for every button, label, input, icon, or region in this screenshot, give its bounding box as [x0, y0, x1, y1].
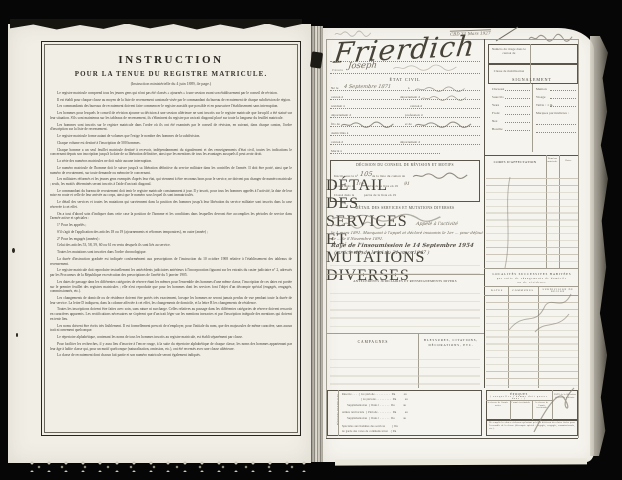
- corps-bottom-rule: [484, 268, 578, 269]
- signalement-leader: [505, 93, 530, 99]
- instruction-paragraph: Chaque homme a un seul feuillet matricul…: [50, 148, 292, 157]
- field-label-domicilies: domiciliés à: [331, 131, 348, 135]
- signalement-leader: [505, 85, 530, 91]
- signalement-leader: [550, 93, 576, 99]
- corps-header: CORPS D'AFFECTATION: [486, 160, 544, 164]
- signalement-leader: [550, 85, 576, 91]
- decision-header: DÉCISION DU CONSEIL DE RÉVISION ET MOTIF…: [330, 163, 480, 167]
- instruction-paragraph: Les hommes pour lesquels le conseil de r…: [50, 111, 292, 120]
- corps-col2-header: Dates: [559, 160, 578, 162]
- localites-header-line1: LOCALITÉS SUCCESSIVES HABITÉES: [486, 272, 578, 276]
- instruction-paragraph: S'il s'agit de l'application des article…: [50, 230, 292, 235]
- instruction-paragraph: Le registre matricule doit reproduire te…: [50, 268, 292, 277]
- campagnes-header: CAMPAGNES: [330, 340, 416, 344]
- signalement-label: Cheveux: [492, 87, 504, 91]
- instruction-paragraph: On a tout d'abord soin d'indiquer dans c…: [50, 212, 292, 221]
- signalement-leader: [536, 127, 576, 133]
- instruction-title: INSTRUCTION: [41, 54, 301, 66]
- page-bottom-sliver: [335, 458, 587, 465]
- spine-ink-blot: [310, 51, 323, 68]
- field-label-residant: résidant à: [331, 104, 345, 108]
- etat-civil-header: ÉTAT CIVIL: [330, 77, 480, 82]
- field-label-fils-de: fils de: [331, 122, 340, 126]
- periodes-row: Réserve . . . { 1re période . . . . . . …: [342, 393, 407, 396]
- instruction-paragraph: Le registre matricule forme autant de vo…: [50, 134, 292, 139]
- field-label-et-de: et de: [405, 122, 412, 126]
- instruction-paragraph: La série des numéros matricules ne doit …: [50, 159, 292, 164]
- handwriting-squiggle: [340, 121, 398, 128]
- periodes-row: Supplémentaires { Dans l . . . . . . Du …: [342, 417, 406, 420]
- services-note-handwritten: de … le 8 Novembre 1891.: [331, 236, 384, 241]
- instruction-body: Le registre matricule comprend tous les …: [50, 91, 292, 429]
- instruction-paragraph: Les dates de passage dans les différente…: [50, 280, 292, 294]
- epoques-col1-label: la réserve de l'armée active: [487, 402, 509, 407]
- form-bottom-border: [326, 438, 578, 439]
- periodes-label-divider: [338, 390, 339, 436]
- field-label-canton: canton d: [331, 140, 343, 144]
- handwriting-squiggle: [414, 86, 469, 92]
- mobilisation-box-label: Classe de mobilisation: [490, 69, 528, 73]
- instruction-paragraph: Les commandants des bureaux de recruteme…: [50, 104, 292, 109]
- instruction-paragraph: 1° Pour les appelés ;: [50, 223, 292, 228]
- forenames-label: Prénoms: [332, 69, 343, 72]
- instruction-paragraph: La durée d'instruction graduée est indiq…: [50, 257, 292, 266]
- signalement-label: Menton: [536, 87, 547, 91]
- detail-services-header: DÉTAIL DES SERVICES ET MUTATIONS DIVERSE…: [330, 206, 480, 210]
- instruction-paragraph: Les hommes sont inscrits sur le registre…: [50, 123, 292, 132]
- signalement-label: Sourcils: [492, 95, 504, 99]
- signalement-label: Nez: [492, 119, 498, 123]
- corps-top-rule: [484, 155, 578, 156]
- instruction-paragraph: Les changements de domicile ou de réside…: [50, 296, 292, 305]
- instruction-paragraph: Le répertoire alphabétique, contenant le…: [50, 335, 292, 340]
- field-label-marie: Marié à: [331, 149, 342, 153]
- instruction-paragraph: Le registre matricule comprend tous les …: [50, 91, 292, 96]
- signalement-divider: [532, 84, 533, 152]
- signalement-leader: [505, 101, 530, 107]
- services-ruled-rows: [330, 258, 480, 274]
- instruction-paragraph: Toutes les mutations sont inscrites dans…: [50, 250, 292, 255]
- bottom-speckle-strip: [28, 460, 308, 472]
- handwriting-squiggle: [414, 121, 476, 128]
- services-note-handwritten: le 4 mars 1891. Manquant à l'appel et dé…: [331, 230, 484, 235]
- form-center-divider: [484, 39, 485, 388]
- instruction-note: (Instruction ministérielle du 4 juin 188…: [41, 81, 301, 86]
- periodes-row: Spéciales aux hommes des services { Du: [342, 425, 398, 428]
- book-spine: [311, 26, 323, 462]
- scanned-register-page: INSTRUCTION POUR LA TENUE DU REGISTRE MA…: [0, 0, 622, 480]
- instruction-paragraph: 2° Pour les engagés (années) :: [50, 237, 292, 242]
- signalement-label: Marques particulières :: [536, 111, 576, 115]
- field-label-profession: profession d: [405, 113, 423, 117]
- periodes-row: { 2e période . . . . . . . . . Du au: [342, 398, 408, 401]
- campagnes-ruled-rows: [330, 352, 480, 386]
- etat-civil-row: [330, 146, 440, 154]
- localites-header-line3: ou de résidence: [486, 281, 578, 284]
- field-label-ne-le: Né le: [331, 86, 339, 90]
- instruction-paragraph: Pour faciliter les recherches, il y aura…: [50, 342, 292, 351]
- localites-header-rule: [484, 286, 578, 287]
- campagnes-top-rule: [326, 333, 484, 334]
- birth-date-handwritten: 4 Septembre 1871: [344, 84, 392, 90]
- handwriting-squiggle: [412, 172, 472, 179]
- etat-civil-row: [330, 101, 480, 109]
- left-margin-speck: [16, 333, 18, 337]
- signalement-leader: [536, 119, 576, 125]
- field-label-departement: département d: [400, 95, 420, 99]
- signalement-leader: [505, 117, 530, 123]
- periodes-row: de garde des voies de communication { Du: [342, 430, 396, 433]
- services-note-handwritten: Rayé de l'insoumission le 14 Septembre 1…: [331, 243, 475, 249]
- instruction-paragraph: Le numéro matricule de l'homme doit le s…: [50, 166, 292, 175]
- instruction-paragraph: Le détail des services et toutes les mut…: [50, 200, 292, 209]
- blessures-header-line1: BLESSURES, CITATIONS,: [420, 338, 482, 342]
- handwriting-squiggle: [420, 95, 470, 101]
- pencil-scrawl: [505, 290, 575, 335]
- instruction-paragraph: La classe de recrutement dont chacun fai…: [50, 353, 292, 358]
- signalement-label: Yeux: [492, 103, 499, 107]
- signalement-header: SIGNALEMENT: [486, 77, 578, 82]
- services-note-handwritten: Appelé à l'activité: [416, 222, 459, 227]
- field-label-canton: canton d: [331, 95, 343, 99]
- instruction-paragraph: Toutes les inscriptions doivent être fai…: [50, 307, 292, 321]
- left-margin-speck: [12, 248, 15, 253]
- instruction-paragraph: Il est établi pour chaque classe au moye…: [50, 98, 292, 103]
- services-note-handwritten: ( article 40, de la loi du 31 mars 1947 …: [334, 251, 430, 256]
- instruction-paragraph: Celui des articles 53, 58, 59, 60 ou 61 …: [50, 243, 292, 248]
- antecedents-top-rule: [326, 274, 484, 275]
- instruction-paragraph: Les militaires réformés et les jeunes ge…: [50, 177, 292, 186]
- form-right-border: [578, 39, 579, 438]
- pencil-stroke: [500, 175, 514, 270]
- epoques-col2-label: l'armée territoriale: [511, 402, 531, 405]
- decision-line2-handwritten-year: 91: [404, 182, 411, 187]
- tirage-box-label: Numéro du tirage dans le canton de: [490, 47, 528, 55]
- antecedents-ruled-rows: [330, 286, 480, 332]
- tirage-box-divider: [530, 44, 531, 64]
- instruction-paragraph: Chaque volume est destiné à l'inscriptio…: [50, 141, 292, 146]
- instruction-paragraph: Le commandant du bureau de recrutement d…: [50, 189, 292, 198]
- instruction-subtitle: POUR LA TENUE DU REGISTRE MATRICULE.: [41, 70, 301, 78]
- signalement-label: Visage: [536, 95, 546, 99]
- antecedents-header: ANTÉCÉDENTS JUDICIAIRES ET RENSEIGNEMENT…: [330, 279, 480, 283]
- periodes-row: Armée territoriale { Période . . . . . .…: [342, 411, 408, 414]
- forenames-line: [330, 66, 480, 74]
- pencil-scribble: [528, 33, 576, 42]
- torn-page-edge: [590, 36, 608, 456]
- field-label-departement: département d: [400, 140, 420, 144]
- corps-col1-header: Numéros matricule: [546, 158, 559, 164]
- pencil-flourish: [530, 386, 580, 434]
- signalement-leader: [505, 109, 530, 115]
- signalement-leader: [505, 125, 530, 131]
- field-label-a: à: [408, 86, 410, 90]
- blessures-header-line2: DÉCORATIONS, ETC.: [420, 343, 482, 347]
- field-label-departement: département d: [331, 113, 351, 117]
- localites-header-line2: par suite de changements de domicile: [486, 277, 578, 280]
- periodes-row: Supplémentaires { Dans l . . . . . . Du …: [342, 404, 406, 407]
- handwriting-squiggle: [330, 221, 390, 229]
- signalement-label: Bouche: [492, 127, 503, 131]
- signalement-leader: [550, 101, 576, 107]
- etat-civil-row: [330, 128, 480, 136]
- signalement-label: Front: [492, 111, 500, 115]
- instruction-paragraph: Les noms doivent être écrits très lisibl…: [50, 324, 292, 333]
- field-label-canton: canton d: [410, 104, 422, 108]
